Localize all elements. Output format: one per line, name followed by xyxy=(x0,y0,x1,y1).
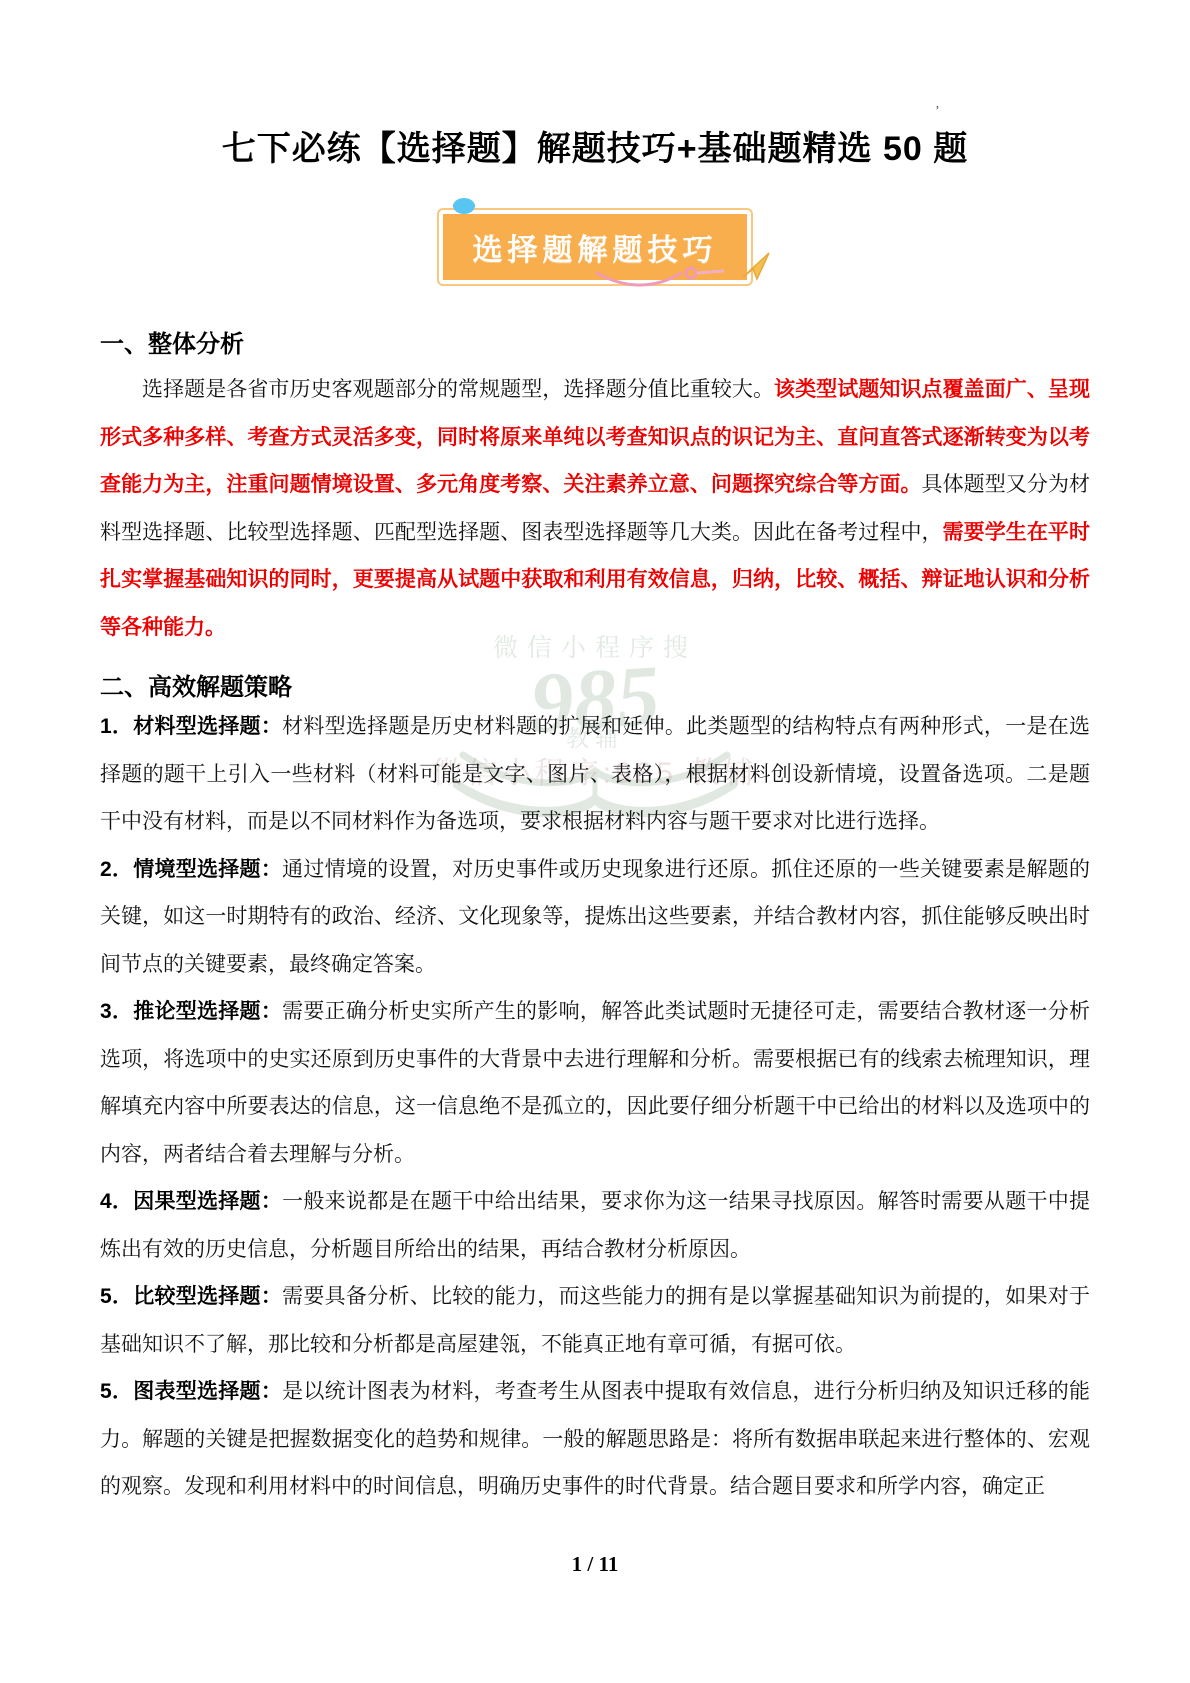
strategy-item-comparison: 5．比较型选择题：需要具备分析、比较的能力，而这些能力的拥有是以掌握基础知识为前… xyxy=(100,1273,1090,1368)
strategy-item-chart: 5．图表型选择题：是以统计图表为材料，考查考生从图表中提取有效信息，进行分析归纳… xyxy=(100,1368,1090,1511)
strategy-item-lead: 4．因果型选择题： xyxy=(100,1190,282,1213)
section-heading-overall-analysis: 一、整体分析 xyxy=(100,330,1090,360)
strategy-item-inference: 3．推论型选择题：需要正确分析史实所产生的影响，解答此类试题时无捷径可走，需要结… xyxy=(100,988,1090,1178)
page-number: 1 / 11 xyxy=(0,1552,1190,1577)
paper-plane-icon xyxy=(741,251,771,286)
strategy-item-lead: 5．图表型选择题： xyxy=(100,1380,282,1403)
strategy-item-body: 需要正确分析史实所产生的影响，解答此类试题时无捷径可走，需要结合教材逐一分析选项… xyxy=(100,999,1090,1166)
strategy-item-material: 1．材料型选择题：材料型选择题是历史材料题的扩展和延伸。此类题型的结构特点有两种… xyxy=(100,703,1090,846)
banner-label: 选择题解题技巧 xyxy=(473,225,718,269)
stray-mark: ’ xyxy=(935,104,940,120)
section-heading-strategies: 二、高效解题策略 xyxy=(100,673,1090,703)
document-page: ’ 微信小程序搜 985 教辅 微信小程序:985 教辅 七下必练【选择题】解题… xyxy=(0,0,1190,1683)
strategy-item-situational: 2．情境型选择题：通过情境的设置，对历史事件或历史现象进行还原。抓住还原的一些关… xyxy=(100,846,1090,989)
document-content: 七下必练【选择题】解题技巧+基础题精选 50 题 选择题解题技巧 一、整体 xyxy=(0,0,1190,1511)
strategy-item-lead: 1．材料型选择题： xyxy=(100,715,282,738)
strategy-item-causal: 4．因果型选择题：一般来说都是在题干中给出结果，要求你为这一结果寻找原因。解答时… xyxy=(100,1178,1090,1273)
pink-wave-icon xyxy=(595,265,725,292)
topic-banner: 选择题解题技巧 xyxy=(439,210,751,284)
strategy-item-lead: 3．推论型选择题： xyxy=(100,1000,282,1023)
strategy-item-lead: 5．比较型选择题： xyxy=(100,1285,282,1308)
analysis-segment: 选择题是各省市历史客观题部分的常规题型，选择题分值比重较大。 xyxy=(142,377,774,401)
page-title: 七下必练【选择题】解题技巧+基础题精选 50 题 xyxy=(100,128,1090,170)
strategy-item-lead: 2．情境型选择题： xyxy=(100,858,282,881)
overall-analysis-paragraph: 选择题是各省市历史客观题部分的常规题型，选择题分值比重较大。该类型试题知识点覆盖… xyxy=(100,366,1090,651)
blue-dot-icon xyxy=(453,198,475,214)
